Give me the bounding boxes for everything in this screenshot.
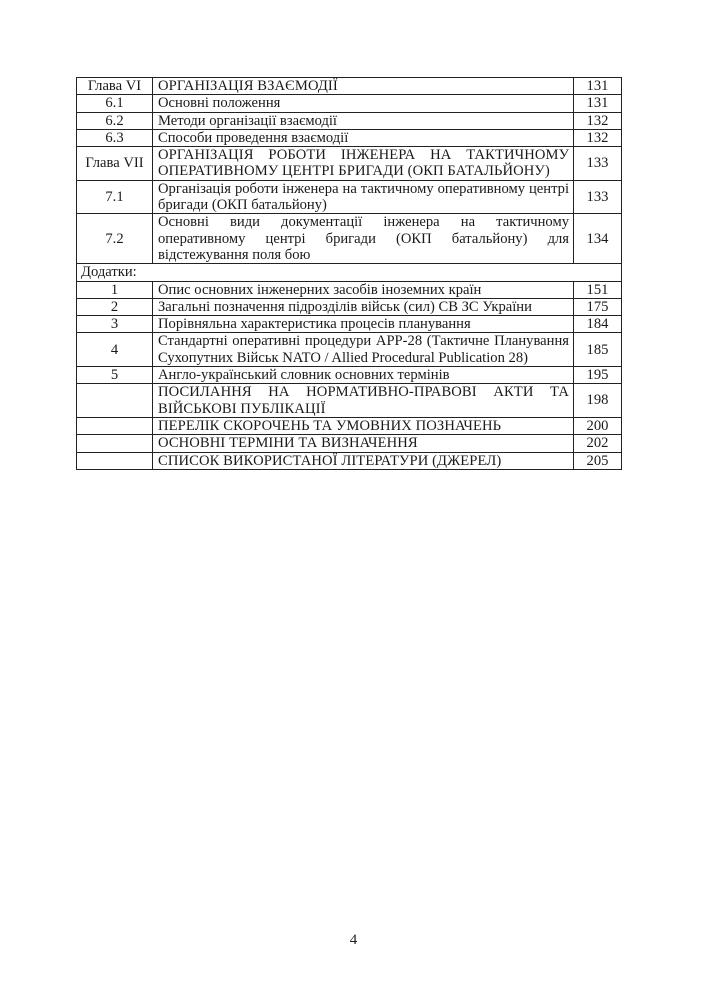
toc-row: СПИСОК ВИКОРИСТАНОЇ ЛІТЕРАТУРИ (ДЖЕРЕЛ)2… — [77, 452, 622, 469]
toc-row: 2Загальні позначення підрозділів військ … — [77, 298, 622, 315]
toc-row: 7.2Основні види документації інженера на… — [77, 214, 622, 264]
toc-entry-title: Стандартні оперативні процедури APP-28 (… — [153, 333, 574, 367]
toc-entry-page: 134 — [574, 214, 622, 264]
toc-entry-page: 175 — [574, 298, 622, 315]
toc-entry-number — [77, 452, 153, 469]
toc-entry-page: 133 — [574, 147, 622, 181]
toc-entry-number: 2 — [77, 298, 153, 315]
toc-entry-page: 151 — [574, 281, 622, 298]
toc-entry-number: 6.3 — [77, 129, 153, 146]
toc-entry-page: 185 — [574, 333, 622, 367]
toc-entry-number — [77, 435, 153, 452]
toc-entry-page: 202 — [574, 435, 622, 452]
toc-entry-page: 198 — [574, 384, 622, 418]
toc-row: 7.1Організація роботи інженера на тактич… — [77, 180, 622, 214]
toc-entry-page: 133 — [574, 180, 622, 214]
toc-row: 1Опис основних інженерних засобів інозем… — [77, 281, 622, 298]
toc-entry-page: 184 — [574, 316, 622, 333]
toc-row: Глава VIОРГАНІЗАЦІЯ ВЗАЄМОДІЇ131 — [77, 78, 622, 95]
toc-row: Глава VIIОРГАНІЗАЦІЯ РОБОТИ ІНЖЕНЕРА НА … — [77, 147, 622, 181]
toc-row: 6.1Основні положення131 — [77, 95, 622, 112]
toc-row: 6.2Методи організації взаємодії132 — [77, 112, 622, 129]
toc-entry-page: 131 — [574, 78, 622, 95]
toc-entry-number: 6.2 — [77, 112, 153, 129]
toc-entry-title: Англо-український словник основних термі… — [153, 367, 574, 384]
toc-row: ОСНОВНІ ТЕРМІНИ ТА ВИЗНАЧЕННЯ202 — [77, 435, 622, 452]
toc-entry-title: Способи проведення взаємодії — [153, 129, 574, 146]
toc-entry-title: СПИСОК ВИКОРИСТАНОЇ ЛІТЕРАТУРИ (ДЖЕРЕЛ) — [153, 452, 574, 469]
toc-entry-title: Опис основних інженерних засобів іноземн… — [153, 281, 574, 298]
toc-entry-number: 7.2 — [77, 214, 153, 264]
toc-entry-number: 4 — [77, 333, 153, 367]
toc-row: ПОСИЛАННЯ НА НОРМАТИВНО-ПРАВОВІ АКТИ ТА … — [77, 384, 622, 418]
toc-entry-number: 1 — [77, 281, 153, 298]
toc-entry-page: 132 — [574, 112, 622, 129]
toc-entry-page: 131 — [574, 95, 622, 112]
toc-entry-title: Методи організації взаємодії — [153, 112, 574, 129]
toc-entry-number: Глава VII — [77, 147, 153, 181]
toc-entry-number — [77, 417, 153, 434]
toc-entry-title: Основні види документації інженера на та… — [153, 214, 574, 264]
toc-body: Глава VIОРГАНІЗАЦІЯ ВЗАЄМОДІЇ131 6.1Осно… — [77, 78, 622, 470]
toc-row: 4Стандартні оперативні процедури APP-28 … — [77, 333, 622, 367]
toc-entry-number: 5 — [77, 367, 153, 384]
appendix-label: Додатки: — [77, 264, 622, 281]
toc-entry-page: 200 — [574, 417, 622, 434]
toc-entry-number: 6.1 — [77, 95, 153, 112]
toc-entry-title: ОСНОВНІ ТЕРМІНИ ТА ВИЗНАЧЕННЯ — [153, 435, 574, 452]
toc-entry-number: 3 — [77, 316, 153, 333]
toc-row: 5Англо-український словник основних терм… — [77, 367, 622, 384]
toc-entry-title: ПЕРЕЛІК СКОРОЧЕНЬ ТА УМОВНИХ ПОЗНАЧЕНЬ — [153, 417, 574, 434]
toc-entry-number: Глава VI — [77, 78, 153, 95]
table-of-contents: Глава VIОРГАНІЗАЦІЯ ВЗАЄМОДІЇ131 6.1Осно… — [76, 77, 622, 470]
toc-entry-title: Основні положення — [153, 95, 574, 112]
toc-row: 3Порівняльна характеристика процесів пла… — [77, 316, 622, 333]
toc-entry-page: 205 — [574, 452, 622, 469]
toc-entry-page: 195 — [574, 367, 622, 384]
toc-entry-page: 132 — [574, 129, 622, 146]
toc-entry-title: ОРГАНІЗАЦІЯ ВЗАЄМОДІЇ — [153, 78, 574, 95]
toc-entry-title: ПОСИЛАННЯ НА НОРМАТИВНО-ПРАВОВІ АКТИ ТА … — [153, 384, 574, 418]
toc-row: ПЕРЕЛІК СКОРОЧЕНЬ ТА УМОВНИХ ПОЗНАЧЕНЬ20… — [77, 417, 622, 434]
toc-entry-title: Організація роботи інженера на тактичном… — [153, 180, 574, 214]
toc-row: 6.3Способи проведення взаємодії132 — [77, 129, 622, 146]
toc-entry-number — [77, 384, 153, 418]
toc-entry-title: Загальні позначення підрозділів військ (… — [153, 298, 574, 315]
toc-entry-number: 7.1 — [77, 180, 153, 214]
toc-appendix-header-row: Додатки: — [77, 264, 622, 281]
page-number: 4 — [0, 932, 707, 949]
toc-entry-title: ОРГАНІЗАЦІЯ РОБОТИ ІНЖЕНЕРА НА ТАКТИЧНОМ… — [153, 147, 574, 181]
toc-entry-title: Порівняльна характеристика процесів план… — [153, 316, 574, 333]
